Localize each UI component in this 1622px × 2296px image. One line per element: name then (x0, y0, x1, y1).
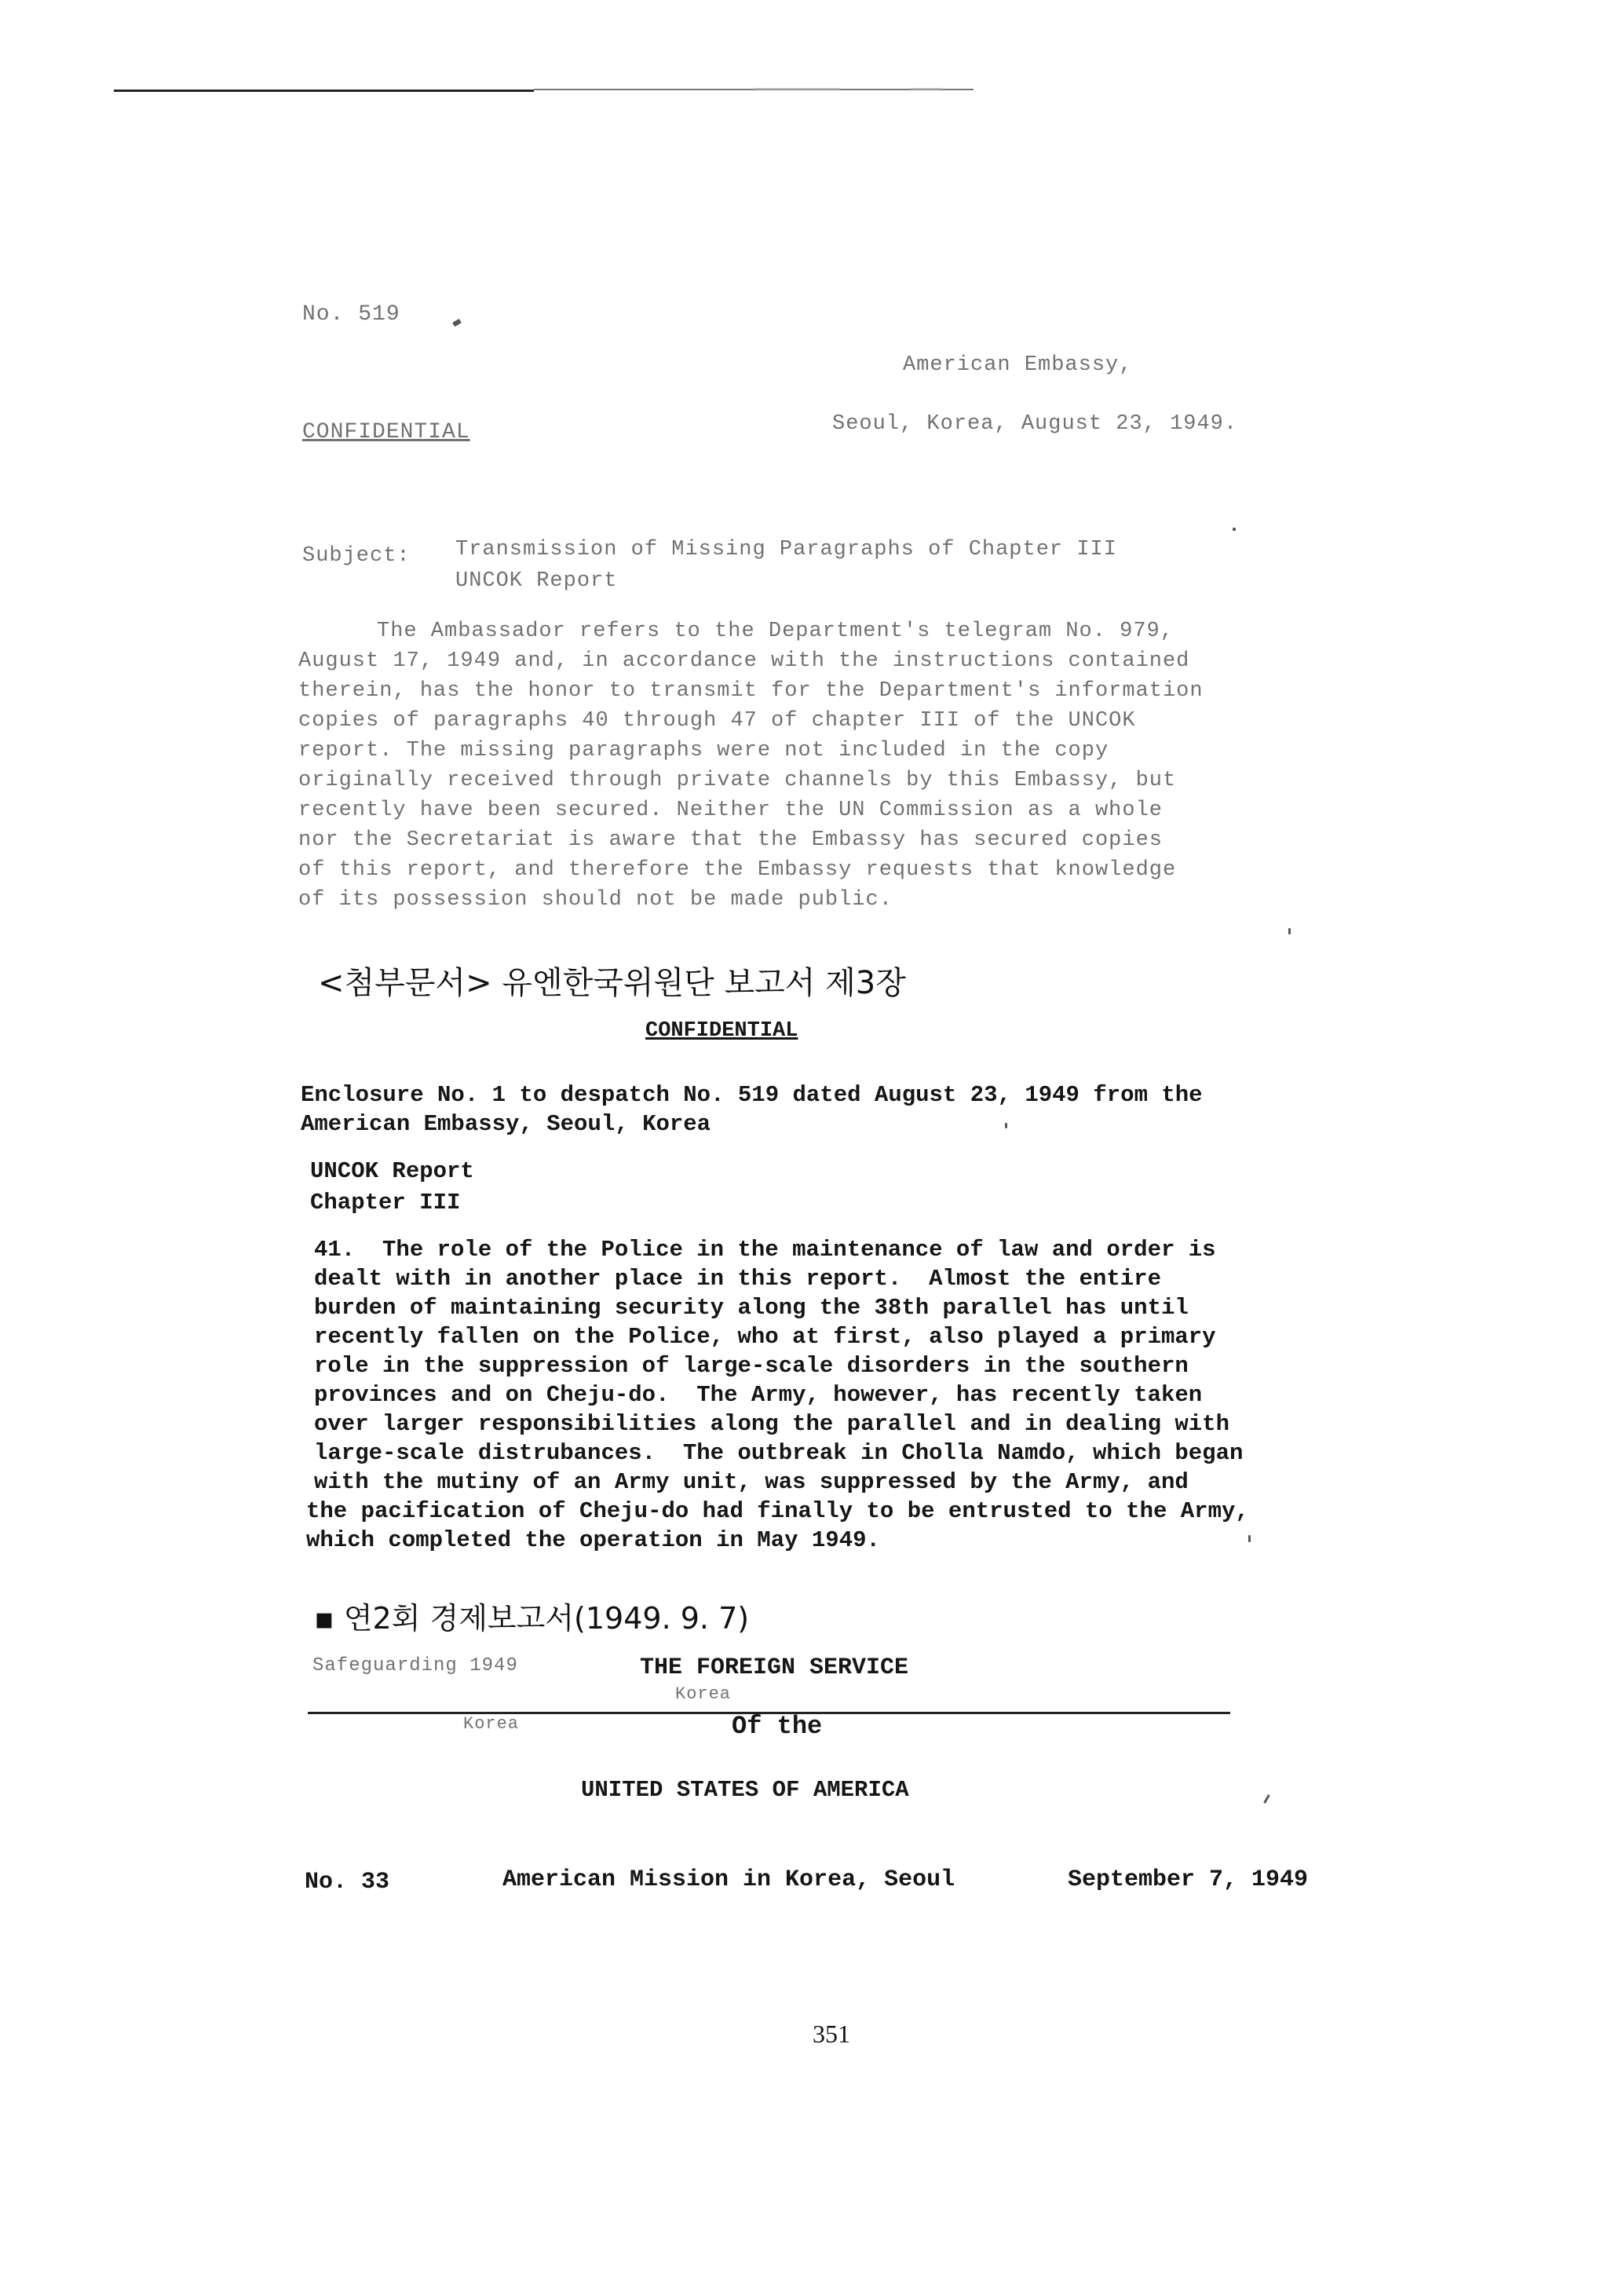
of-the-label: Of the (732, 1712, 822, 1741)
despatch-body-line: recently have been secured. Neither the … (298, 795, 1163, 825)
despatch-body-line: of its possession should not be made pub… (298, 885, 893, 915)
paragraph-line: the pacification of Cheju-do had finally… (306, 1497, 1249, 1526)
chapter-title: Chapter III (310, 1190, 460, 1216)
scan-mark (452, 319, 462, 327)
paragraph-line: dealt with in another place in this repo… (314, 1264, 1161, 1293)
despatch-33-number: No. 33 (305, 1869, 389, 1896)
page-number: 351 (813, 2020, 850, 2049)
subject-line-1: Transmission of Missing Paragraphs of Ch… (455, 538, 1117, 561)
foreign-service-title: THE FOREIGN SERVICE (640, 1654, 908, 1681)
country-label: UNITED STATES OF AMERICA (581, 1777, 909, 1803)
paragraph-line: large-scale distrubances. The outbreak i… (314, 1439, 1243, 1468)
subject-line-2: UNCOK Report (455, 569, 617, 593)
despatch-body-line: therein, has the honor to transmit for t… (298, 676, 1204, 706)
letterhead-left-faded-3: Korea (463, 1714, 519, 1734)
scan-top-rule-dots (754, 88, 840, 90)
document-page: No. 519 American Embassy, CONFIDENTIAL S… (0, 0, 1622, 2296)
scan-top-rule (114, 90, 534, 92)
enclosure-classification: CONFIDENTIAL (645, 1019, 798, 1043)
scan-mark (1005, 1123, 1007, 1128)
scan-mark (1288, 928, 1291, 934)
paragraph-line: role in the suppression of large-scale d… (314, 1351, 1189, 1380)
despatch-33-date: September 7, 1949 (1068, 1866, 1308, 1893)
despatch-number: No. 519 (302, 302, 400, 327)
paragraph-line: which completed the operation in May 194… (306, 1526, 880, 1555)
mission-label: American Mission in Korea, Seoul (502, 1866, 955, 1893)
letterhead-left-faded: Safeguarding 1949 (312, 1655, 518, 1676)
despatch-classification: CONFIDENTIAL (302, 420, 470, 444)
despatch-sender: American Embassy, (903, 353, 1132, 377)
despatch-place-date: Seoul, Korea, August 23, 1949. (832, 412, 1237, 436)
scan-mark (1263, 1794, 1270, 1804)
economic-report-heading: ▪ 연2회 경제보고서(1949. 9. 7) (314, 1594, 749, 1637)
scan-top-rule-dots-2 (911, 88, 942, 90)
report-title: UNCOK Report (310, 1158, 474, 1184)
scan-mark (1248, 1535, 1251, 1542)
paragraph-line: burden of maintaining security along the… (314, 1293, 1189, 1322)
despatch-body-line: originally received through private chan… (298, 766, 1176, 795)
paragraph-line: with the mutiny of an Army unit, was sup… (314, 1468, 1189, 1497)
paragraph-line: over larger responsibilities along the p… (314, 1409, 1229, 1439)
subject-label: Subject: (302, 544, 411, 568)
despatch-body-line: of this report, and therefore the Embass… (298, 855, 1176, 885)
despatch-body-line: report. The missing paragraphs were not … (298, 736, 1109, 766)
enclosure-line-2: American Embassy, Seoul, Korea (301, 1111, 711, 1137)
paragraph-line: recently fallen on the Police, who at fi… (314, 1322, 1216, 1351)
paragraph-line: provinces and on Cheju-do. The Army, how… (314, 1380, 1202, 1409)
letterhead-sub-faded: Korea (675, 1684, 731, 1704)
despatch-body-line: August 17, 1949 and, in accordance with … (298, 646, 1189, 676)
attachment-heading: <첨부문서> 유엔한국위원단 보고서 제3장 (318, 958, 906, 1003)
scan-mark (1233, 528, 1236, 531)
despatch-body-line: The Ambassador refers to the Department'… (377, 616, 1174, 646)
despatch-body-line: nor the Secretariat is aware that the Em… (298, 825, 1163, 855)
enclosure-line-1: Enclosure No. 1 to despatch No. 519 date… (301, 1082, 1203, 1108)
paragraph-line: 41. The role of the Police in the mainte… (314, 1235, 1216, 1264)
despatch-body-line: copies of paragraphs 40 through 47 of ch… (298, 706, 1136, 736)
